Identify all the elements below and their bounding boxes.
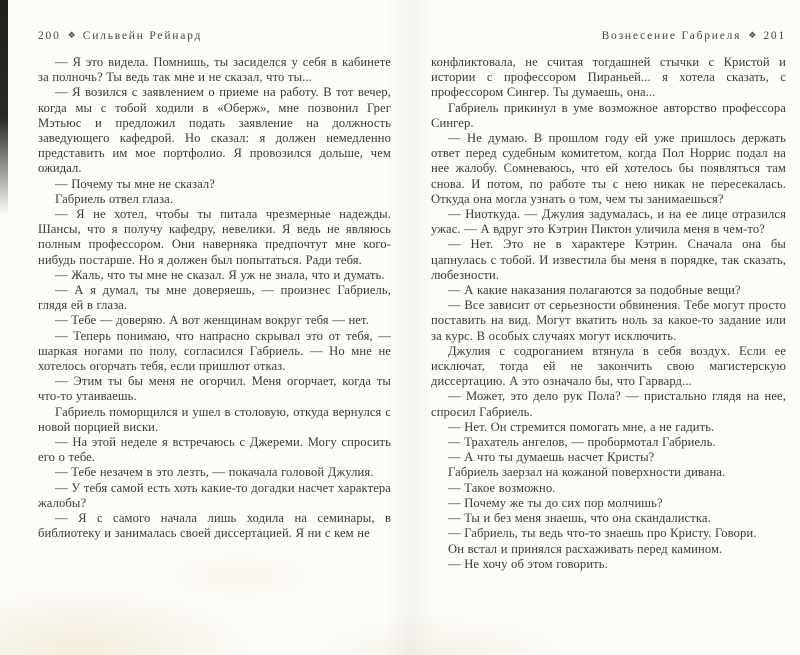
running-title: Вознесение Габриеля: [602, 30, 742, 42]
paragraph: — Теперь понимаю, что напрасно скрывал э…: [38, 329, 391, 375]
page-number: 201: [763, 30, 786, 42]
paragraph: — Ниоткуда. — Джулия задумалась, и на ее…: [431, 207, 786, 237]
paragraph: Джулия с содроганием втянула в себя возд…: [431, 344, 786, 390]
paragraph: — Такое возможно.: [431, 481, 786, 496]
paragraph: — Я это видела. Помнишь, ты засиделся у …: [38, 55, 391, 85]
paragraph: — Почему же ты до сих пор молчишь?: [431, 496, 786, 511]
paragraph: Габриель прикинул в уме возможное авторс…: [431, 101, 786, 131]
book-page-left: 200 ❖ Сильвейн Рейнард — Я это видела. П…: [38, 30, 391, 650]
paragraph: — Я возился с заявлением о приеме на раб…: [38, 85, 391, 176]
paragraph: — Нет. Он стремится помогать мне, а не г…: [431, 420, 786, 435]
paragraph: — У тебя самой есть хоть какие-то догадк…: [38, 481, 391, 511]
page-body-right: конфликтовала, не считая тогдашней стычк…: [431, 55, 786, 572]
paragraph: — Все зависит от серьезности обвинения. …: [431, 298, 786, 344]
paragraph: Габриель заерзал на кожаной поверхности …: [431, 465, 786, 480]
scan-edge-shadow: [0, 0, 8, 215]
page-header-left: 200 ❖ Сильвейн Рейнард: [38, 30, 391, 42]
running-title: Сильвейн Рейнард: [83, 30, 202, 42]
paragraph: — Нет. Это не в характере Кэтрин. Сначал…: [431, 237, 786, 283]
paragraph: Габриель отвел глаза.: [38, 192, 391, 207]
diamond-ornament-icon: ❖: [68, 30, 76, 41]
paragraph: — Габриель, ты ведь что-то знаешь про Кр…: [431, 526, 786, 541]
page-header-right: Вознесение Габриеля ❖ 201: [431, 30, 786, 42]
book-page-right: Вознесение Габриеля ❖ 201 конфликтовала,…: [431, 30, 786, 650]
paragraph: — Я с самого начала лишь ходила на семин…: [38, 511, 391, 541]
paragraph: — Может, это дело рук Пола? — пристально…: [431, 389, 786, 419]
paragraph: Он встал и принялся расхаживать перед ка…: [431, 542, 786, 557]
paragraph: — А что ты думаешь насчет Кристы?: [431, 450, 786, 465]
paragraph: — Тебе — доверяю. А вот женщинам вокруг …: [38, 313, 391, 328]
paragraph: Габриель поморщился и ушел в столовую, о…: [38, 405, 391, 435]
paragraph: — А я думал, ты мне доверяешь, — произне…: [38, 283, 391, 313]
page-body-left: — Я это видела. Помнишь, ты засиделся у …: [38, 55, 391, 542]
page-number: 200: [38, 30, 61, 42]
paragraph-continuation: конфликтовала, не считая тогдашней стычк…: [431, 55, 786, 101]
paragraph: — Жаль, что ты мне не сказал. Я уж не зн…: [38, 268, 391, 283]
diamond-ornament-icon: ❖: [748, 30, 756, 41]
paragraph: — Не хочу об этом говорить.: [431, 557, 786, 572]
page-gutter-shadow: [386, 0, 436, 655]
paragraph: — Этим ты бы меня не огорчил. Меня огорч…: [38, 374, 391, 404]
paragraph: — Я не хотел, чтобы ты питала чрезмерные…: [38, 207, 391, 268]
paragraph: — Почему ты мне не сказал?: [38, 177, 391, 192]
paragraph: — А какие наказания полагаются за подобн…: [431, 283, 786, 298]
paragraph: — Тебе незачем в это лезть, — покачала г…: [38, 465, 391, 480]
paragraph: — Трахатель ангелов, — пробормотал Габри…: [431, 435, 786, 450]
paragraph: — Не думаю. В прошлом году ей уже пришло…: [431, 131, 786, 207]
paragraph: — На этой неделе я встречаюсь с Джереми.…: [38, 435, 391, 465]
paragraph: — Ты и без меня знаешь, что она скандали…: [431, 511, 786, 526]
